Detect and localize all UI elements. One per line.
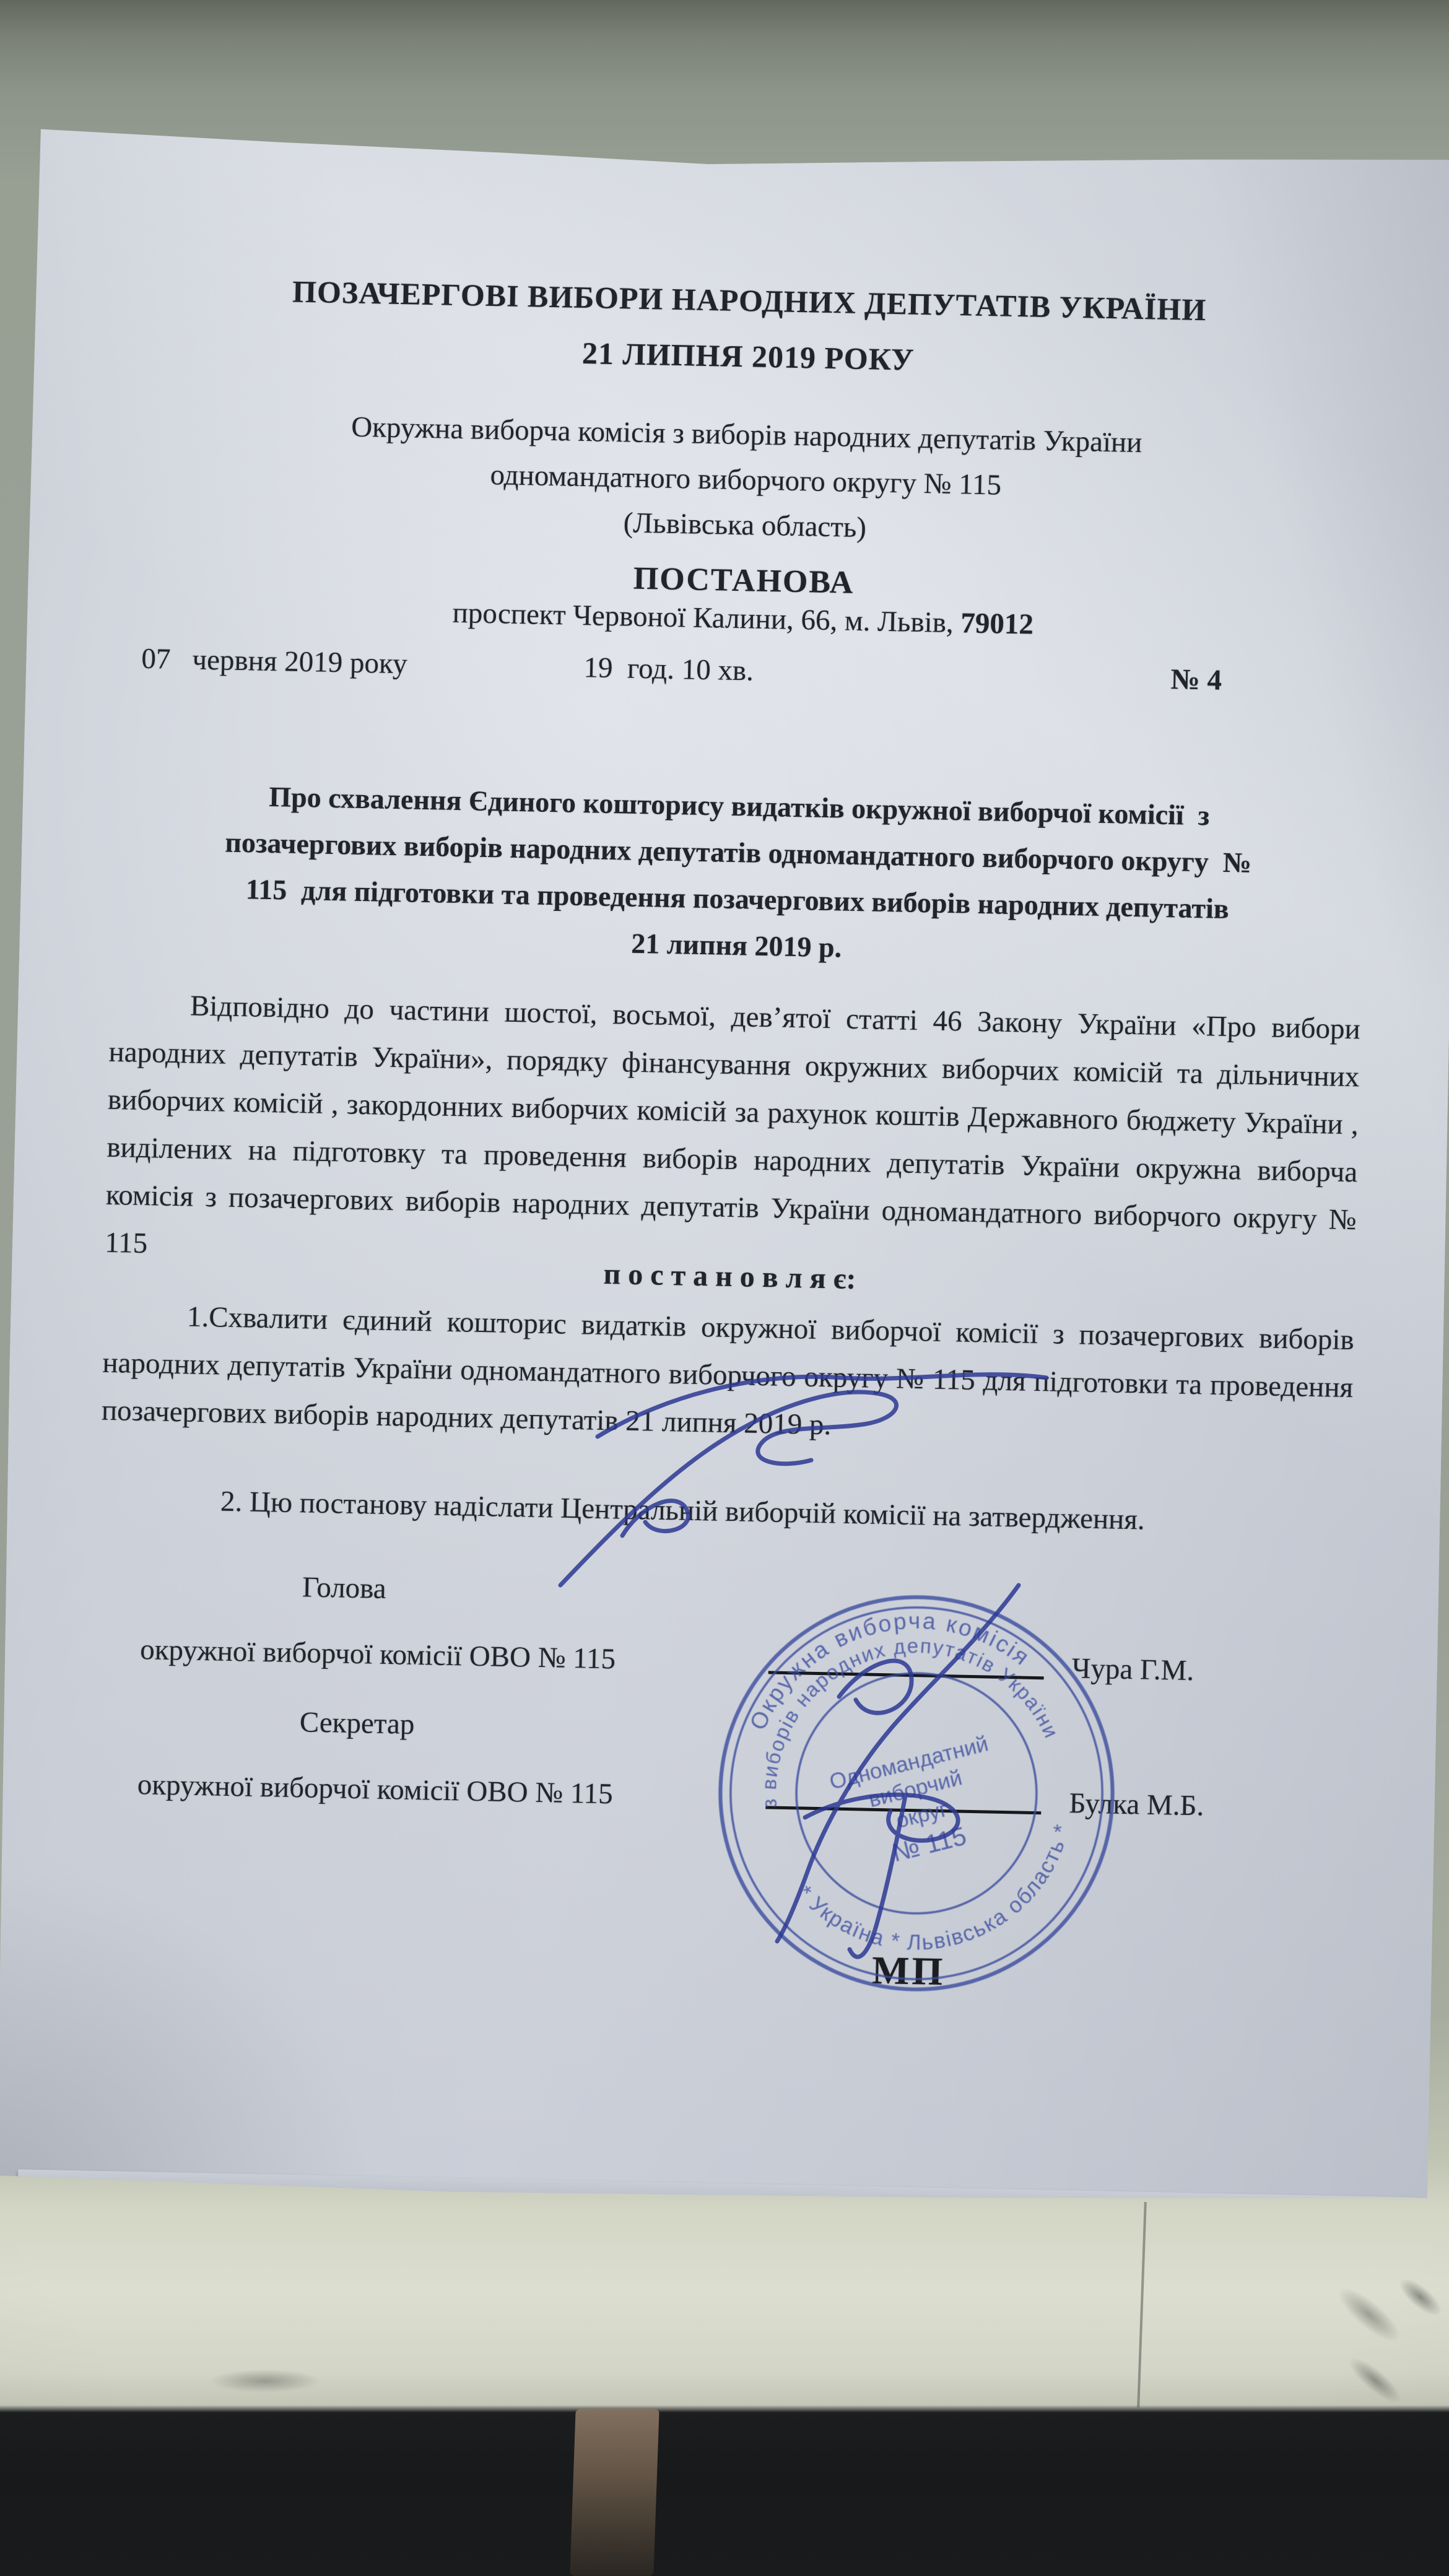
signer-org: окружної виборчої комісії ОВО № 115 (137, 1768, 766, 1814)
document-text-layer: ПОЗАЧЕРГОВІ ВИБОРИ НАРОДНИХ ДЕПУТАТІВ УК… (0, 127, 1449, 2213)
subject-title: Про схвалення Єдиного кошторису видатків… (111, 770, 1365, 981)
table-scuff-marks (186, 2353, 384, 2409)
date-number-row: 07 червня 2019 року 19 год. 10 хв. № 4 (116, 642, 1368, 700)
address-street: проспект Червоної Калини, 66, м. Львів, (452, 597, 961, 639)
election-header: ПОЗАЧЕРГОВІ ВИБОРИ НАРОДНИХ ДЕПУТАТІВ УК… (123, 260, 1449, 399)
document-date: 07 червня 2019 року (141, 642, 407, 681)
resolution-item-2: 2. Цю постанову надіслати Центральній ви… (100, 1482, 1351, 1541)
address-zip: 79012 (960, 607, 1034, 640)
document-number: № 4 (1170, 663, 1222, 697)
document-page: ПОЗАЧЕРГОВІ ВИБОРИ НАРОДНИХ ДЕПУТАТІВ УК… (0, 127, 1449, 2213)
resolution-item-1: 1.Схвалити єдиний кошторис видатків окру… (101, 1292, 1354, 1460)
table-leg (570, 2409, 659, 2576)
preamble-paragraph: Відповідно до частини шостої, восьмої, д… (105, 981, 1361, 1292)
photo-of-document: ПОЗАЧЕРГОВІ ВИБОРИ НАРОДНИХ ДЕПУТАТІВ УК… (0, 0, 1449, 2576)
document-time: 19 год. 10 хв. (583, 651, 754, 687)
commission-name: Окружна виборча комісія з виборів народн… (119, 400, 1372, 560)
